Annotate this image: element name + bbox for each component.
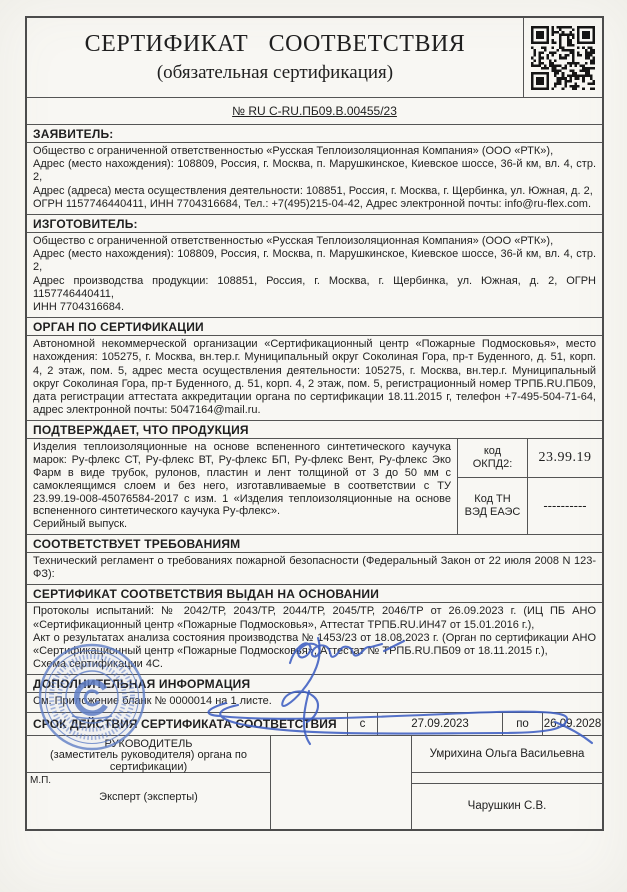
certificate-subtitle: (обязательная сертификация) — [157, 62, 393, 84]
certificate-frame: СЕРТИФИКАТ СООТВЕТСТВИЯ (обязательная се… — [25, 16, 604, 831]
requirements-section-body: Технический регламент о требованиях пожа… — [27, 553, 602, 585]
validity-from-label: с — [347, 713, 377, 735]
mp-label: М.П. — [27, 773, 270, 786]
product-description: Изделия теплоизоляционные на основе вспе… — [27, 439, 457, 534]
okpd2-row: код ОКПД2: 23.99.19 — [458, 439, 602, 477]
certificate-header: СЕРТИФИКАТ СООТВЕТСТВИЯ (обязательная се… — [27, 18, 602, 98]
okpd2-label: код ОКПД2: — [458, 439, 528, 476]
signature-names-column: Умрихина Ольга Васильевна Чарушкин С.В. — [412, 736, 602, 829]
certificate-title: СЕРТИФИКАТ СООТВЕТСТВИЯ — [85, 31, 466, 58]
certificate-page: СЕРТИФИКАТ СООТВЕТСТВИЯ (обязательная се… — [0, 0, 627, 892]
okpd2-value: 23.99.19 — [528, 439, 602, 476]
product-section: Изделия теплоизоляционные на основе вспе… — [27, 439, 602, 535]
tnved-value: ---------- — [528, 478, 602, 534]
validity-label: СРОК ДЕЙСТВИЯ СЕРТИФИКАТА СООТВЕТСТВИЯ — [27, 713, 347, 735]
certification-body-section-body: Автономной некоммерческой организации «С… — [27, 336, 602, 421]
head-name: Умрихина Ольга Васильевна — [412, 736, 602, 773]
product-section-header: ПОДТВЕРЖДАЕТ, ЧТО ПРОДУКЦИЯ — [27, 421, 602, 439]
signature-roles-column: РУКОВОДИТЕЛЬ (заместитель руководителя) … — [27, 736, 270, 829]
manufacturer-section-body: Общество с ограниченной ответственностью… — [27, 233, 602, 318]
applicant-section-header: ЗАЯВИТЕЛЬ: — [27, 125, 602, 143]
applicant-section-body: Общество с ограниченной ответственностью… — [27, 143, 602, 215]
expert-name: Чарушкин С.В. — [412, 784, 602, 829]
certification-body-section-header: ОРГАН ПО СЕРТИФИКАЦИИ — [27, 318, 602, 336]
validity-to-date: 26.09.2028 — [542, 713, 602, 735]
names-divider — [412, 773, 602, 784]
certificate-number-row: № RU C-RU.ПБ09.В.00455/23 — [27, 98, 602, 125]
head-role-label: РУКОВОДИТЕЛЬ (заместитель руководителя) … — [27, 736, 270, 773]
qr-code-svg — [531, 26, 595, 90]
signature-field — [270, 736, 412, 829]
expert-role-label: Эксперт (эксперты) — [27, 791, 270, 803]
tnved-label: Код ТН ВЭД ЕАЭС — [458, 478, 528, 534]
certificate-number: № RU C-RU.ПБ09.В.00455/23 — [232, 104, 397, 118]
additional-info-section-header: ДОПОЛНИТЕЛЬНАЯ ИНФОРМАЦИЯ — [27, 675, 602, 693]
additional-info-section-body: См. Приложение бланк № 0000014 на 1 лист… — [27, 693, 602, 712]
product-codes-table: код ОКПД2: 23.99.19 Код ТН ВЭД ЕАЭС ----… — [457, 439, 602, 534]
certificate-title-block: СЕРТИФИКАТ СООТВЕТСТВИЯ (обязательная се… — [27, 18, 523, 97]
basis-section-header: СЕРТИФИКАТ СООТВЕТСТВИЯ ВЫДАН НА ОСНОВАН… — [27, 585, 602, 603]
validity-row: СРОК ДЕЙСТВИЯ СЕРТИФИКАТА СООТВЕТСТВИЯ с… — [27, 713, 602, 736]
basis-section-body: Протоколы испытаний: № 2042/ТР, 2043/ТР,… — [27, 603, 602, 675]
manufacturer-section-header: ИЗГОТОВИТЕЛЬ: — [27, 215, 602, 233]
tnved-row: Код ТН ВЭД ЕАЭС ---------- — [458, 478, 602, 534]
qr-code-icon — [523, 18, 602, 97]
validity-to-label: по — [502, 713, 542, 735]
signature-area: РУКОВОДИТЕЛЬ (заместитель руководителя) … — [27, 736, 602, 829]
validity-from-date: 27.09.2023 — [377, 713, 502, 735]
requirements-section-header: СООТВЕТСТВУЕТ ТРЕБОВАНИЯМ — [27, 535, 602, 553]
